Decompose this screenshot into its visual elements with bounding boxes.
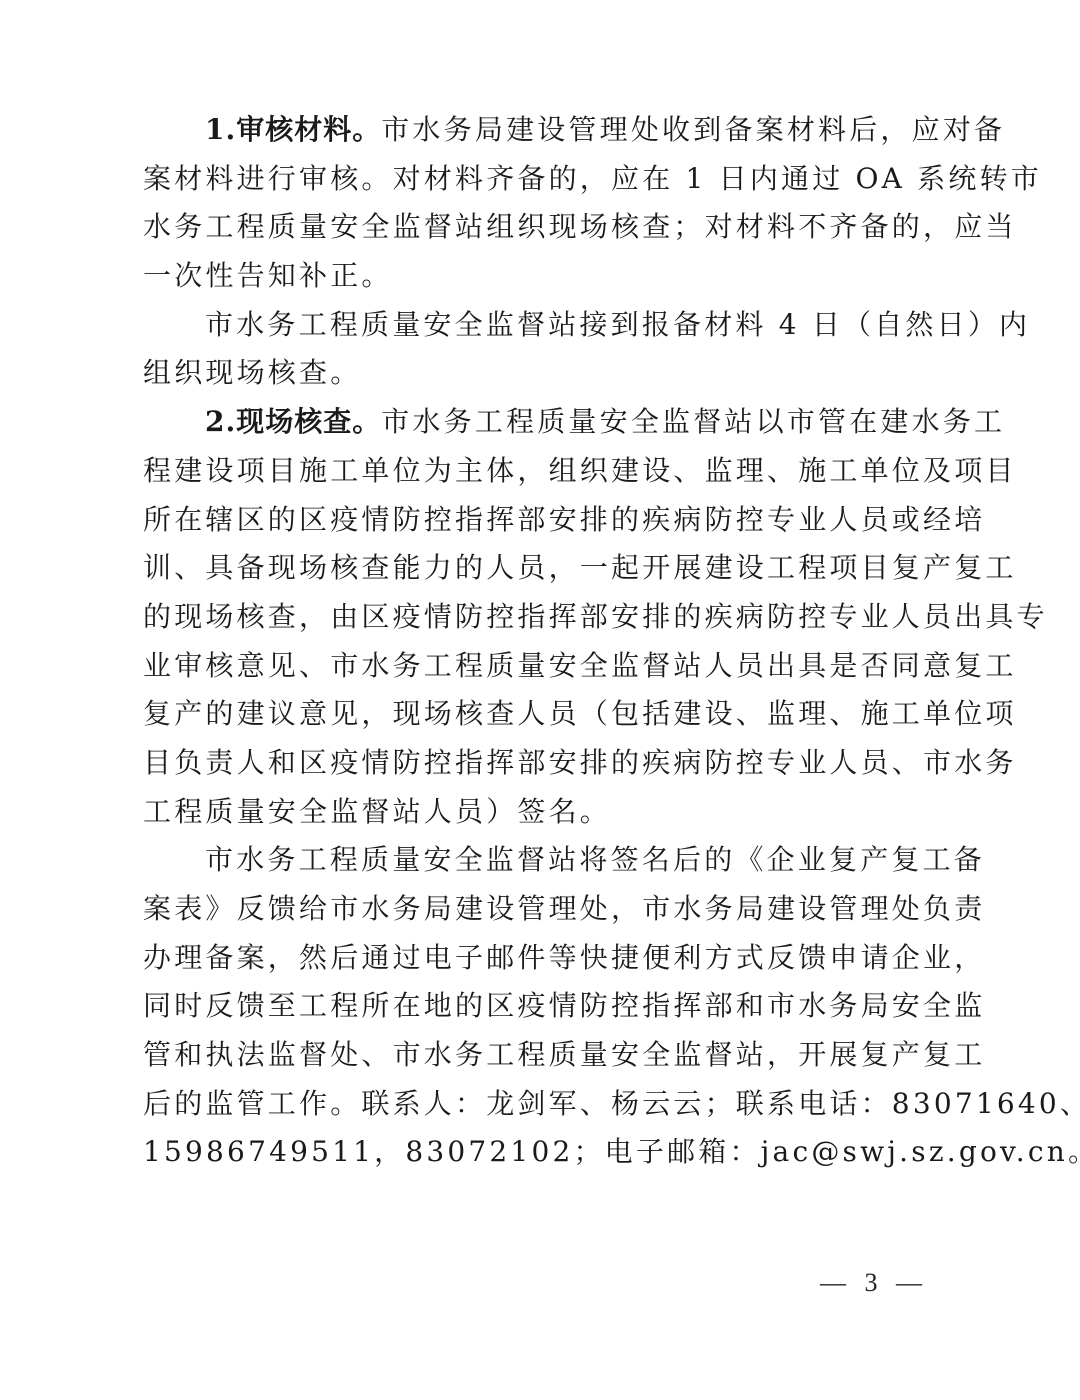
paragraph-line: 1.审核材料。市水务局建设管理处收到备案材料后，应对备: [143, 106, 943, 155]
section-heading-inspection: 2.现场核查。: [205, 405, 381, 438]
paragraph-line: 案表》反馈给市水务局建设管理处，市水务局建设管理处负责: [143, 885, 943, 934]
section-heading-review: 1.审核材料。: [205, 113, 381, 146]
contact-line: 15986749511，83072102；电子邮箱：jac@swj.sz.gov…: [143, 1128, 943, 1177]
paragraph-line: 一次性告知补正。: [143, 252, 943, 301]
paragraph-line: 市水务工程质量安全监督站接到报备材料 4 日（自然日）内: [143, 301, 943, 350]
paragraph-line: 2.现场核查。市水务工程质量安全监督站以市管在建水务工: [143, 398, 943, 447]
paragraph-line: 业审核意见、市水务工程质量安全监督站人员出具是否同意复工: [143, 642, 943, 691]
page-number: — 3 —: [820, 1268, 940, 1298]
paragraph-line: 目负责人和区疫情防控指挥部安排的疾病防控专业人员、市水务: [143, 739, 943, 788]
paragraph-line: 程建设项目施工单位为主体，组织建设、监理、施工单位及项目: [143, 447, 943, 496]
paragraph-line: 水务工程质量安全监督站组织现场核查；对材料不齐备的，应当: [143, 203, 943, 252]
paragraph-line: 的现场核查，由区疫情防控指挥部安排的疾病防控专业人员出具专: [143, 593, 943, 642]
paragraph-line: 办理备案，然后通过电子邮件等快捷便利方式反馈申请企业，: [143, 934, 943, 983]
document-body: 1.审核材料。市水务局建设管理处收到备案材料后，应对备 案材料进行审核。对材料齐…: [143, 106, 943, 1177]
paragraph-text: 市水务工程质量安全监督站以市管在建水务工: [381, 405, 1005, 438]
paragraph-line: 组织现场核查。: [143, 349, 943, 398]
paragraph-text: 市水务局建设管理处收到备案材料后，应对备: [381, 113, 1005, 146]
paragraph-line: 后的监管工作。联系人：龙剑军、杨云云；联系电话：83071640、: [143, 1080, 943, 1129]
paragraph-line: 所在辖区的区疫情防控指挥部安排的疾病防控专业人员或经培: [143, 496, 943, 545]
paragraph-line: 复产的建议意见，现场核查人员（包括建设、监理、施工单位项: [143, 690, 943, 739]
paragraph-line: 案材料进行审核。对材料齐备的，应在 1 日内通过 OA 系统转市: [143, 155, 943, 204]
paragraph-line: 管和执法监督处、市水务工程质量安全监督站，开展复产复工: [143, 1031, 943, 1080]
paragraph-line: 工程质量安全监督站人员）签名。: [143, 788, 943, 837]
paragraph-line: 同时反馈至工程所在地的区疫情防控指挥部和市水务局安全监: [143, 982, 943, 1031]
paragraph-line: 市水务工程质量安全监督站将签名后的《企业复产复工备: [143, 836, 943, 885]
document-page: 1.审核材料。市水务局建设管理处收到备案材料后，应对备 案材料进行审核。对材料齐…: [0, 0, 1080, 1400]
paragraph-line: 训、具备现场核查能力的人员，一起开展建设工程项目复产复工: [143, 544, 943, 593]
